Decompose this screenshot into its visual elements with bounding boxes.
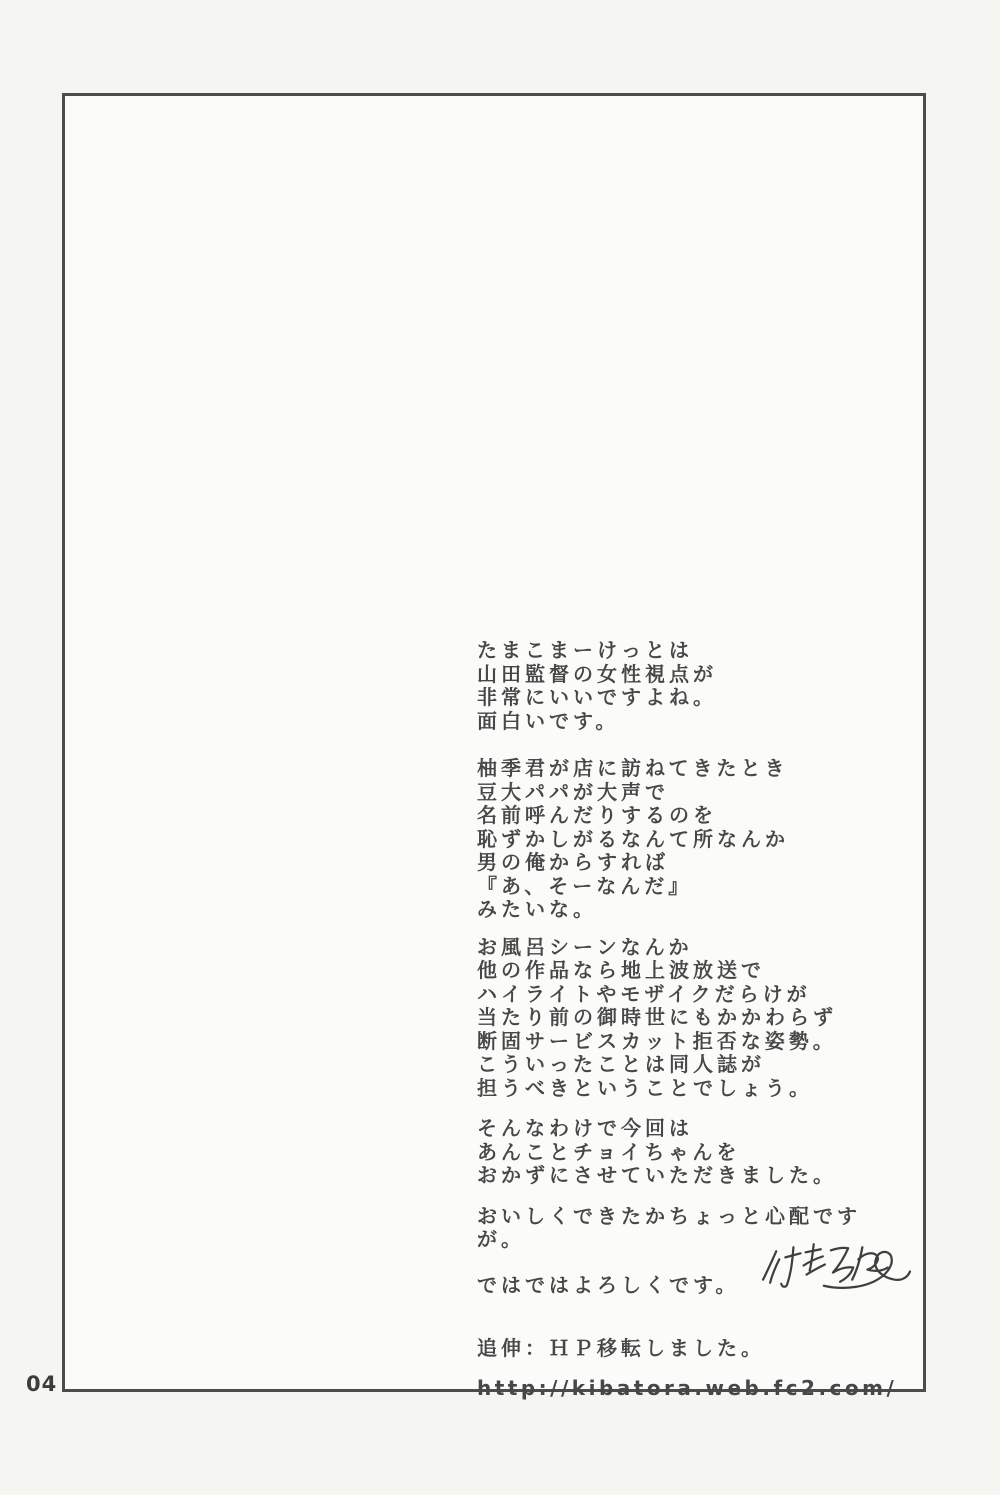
afterword-paragraph: そんなわけで今回は あんことチョイちゃんを おかずにさせていただきました。 xyxy=(477,1117,897,1188)
afterword-paragraph: 柚季君が店に訪ねてきたとき 豆大パパが大声で 名前呼んだりするのを 恥ずかしがる… xyxy=(477,757,897,922)
website-url: http://kibatora.web.fc2.com/ xyxy=(477,1375,897,1401)
page-number: 04 xyxy=(26,1372,57,1396)
postscript-line: 追伸：ＨＰ移転しました。 xyxy=(477,1337,897,1361)
page-frame: たまこまーけっとは 山田監督の女性視点が 非常にいいですよね。 面白いです。 柚… xyxy=(62,93,926,1392)
artist-signature-icon xyxy=(760,1238,912,1294)
scanned-page: 04 たまこまーけっとは 山田監督の女性視点が 非常にいいですよね。 面白いです… xyxy=(0,0,1000,1495)
afterword-paragraph: たまこまーけっとは 山田監督の女性視点が 非常にいいですよね。 面白いです。 xyxy=(477,639,897,733)
afterword-paragraph: お風呂シーンなんか 他の作品なら地上波放送で ハイライトやモザイクだらけが 当た… xyxy=(477,936,897,1101)
